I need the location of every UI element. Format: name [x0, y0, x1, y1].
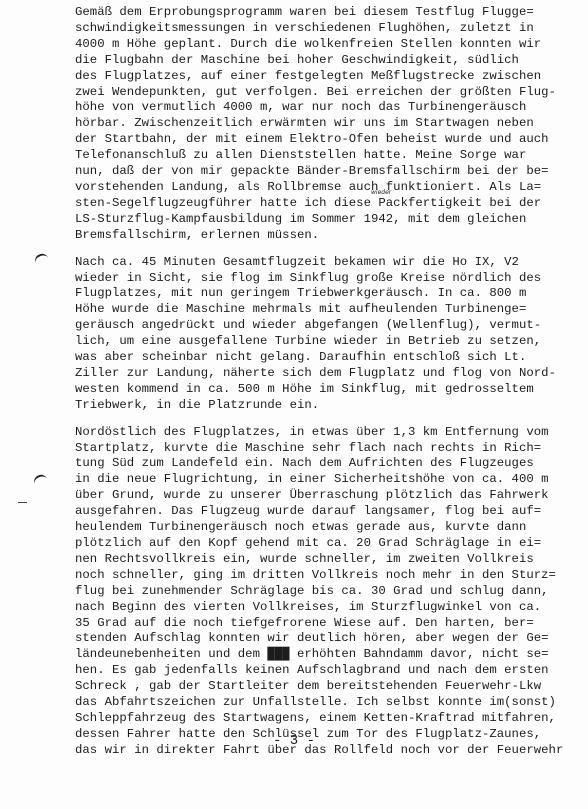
margin-check-mark	[32, 473, 48, 485]
text-line: des Flugplatzes, auf einer festgelegten …	[75, 69, 585, 85]
text-line: vorstehenden Landung, als Rollbremse auc…	[75, 180, 585, 196]
text-line: die Flugbahn der Maschine bei hoher Gesc…	[75, 53, 585, 69]
text-line: Nordöstlich des Flugplatzes, in etwas üb…	[75, 425, 585, 441]
text-line: nach Beginn des vierten Vollkreises, im …	[75, 600, 585, 616]
paragraph-2: Nach ca. 45 Minuten Gesamtflugzeit bekam…	[75, 255, 585, 414]
text-line: tung Süd zum Landefeld ein. Nach dem Auf…	[75, 456, 585, 472]
margin-dash-mark	[18, 502, 27, 503]
text-line: Flugplatzes, mit nun geringem Triebwerkg…	[75, 286, 585, 302]
text-line: Gemäß dem Erprobungsprogramm waren bei d…	[75, 5, 585, 21]
text-line: wieder in Sicht, sie flog im Sinkflug gr…	[75, 271, 585, 287]
text-line: Telefonanschluß zu allen Dienststellen h…	[75, 148, 585, 164]
text-line: hörbar. Zwischenzeitlich erwärmten wir u…	[75, 116, 585, 132]
text-line: der Startbahn, der mit einem Elektro-Ofe…	[75, 132, 585, 148]
text-line: ländeunebenheiten und dem ███ erhöhten B…	[75, 647, 585, 663]
text-line: noch schneller, ging im dritten Vollkrei…	[75, 568, 585, 584]
paragraph-3: Nordöstlich des Flugplatzes, in etwas üb…	[75, 425, 585, 759]
text-line: nun, daß der von mir gepackte Bänder-Bre…	[75, 164, 585, 180]
text-line: Nach ca. 45 Minuten Gesamtflugzeit bekam…	[75, 255, 585, 271]
text-line: stenden Aufschlag konnten wir deutlich h…	[75, 631, 585, 647]
text-line: 4000 m Höhe geplant. Durch die wolkenfre…	[75, 37, 585, 53]
text-line: Ziller zur Landung, näherte sich dem Flu…	[75, 366, 585, 382]
text-line: plötzlich auf den Kopf gehend mit ca. 20…	[75, 536, 585, 552]
text-line: Schleppfahrzeug des Startwagens, einem K…	[75, 711, 585, 727]
text-line: Startplatz, kurvte die Maschine sehr fla…	[75, 441, 585, 457]
text-line: zwei Wendepunkten, gut verfolgen. Bei er…	[75, 85, 585, 101]
text-line: nen Rechtsvollkreis ein, wurde schneller…	[75, 552, 585, 568]
text-line: über Grund, wurde zu unserer Überraschun…	[75, 488, 585, 504]
document-page: wieder Gemäß dem Erprobungsprogramm ware…	[0, 0, 588, 809]
text-line: ausgefahren. Das Flugzeug wurde darauf l…	[75, 504, 585, 520]
text-line: was aber scheinbar nicht gelang. Daraufh…	[75, 350, 585, 366]
text-line: das Abfahrtszeichen zur Unfallstelle. Ic…	[75, 695, 585, 711]
text-line: 35 Grad auf die noch tiefgefrorene Wiese…	[75, 616, 585, 632]
text-line: höhe von vermutlich 4000 m, war nur noch…	[75, 100, 585, 116]
text-line: schwindigkeitsmessungen in verschiedenen…	[75, 21, 585, 37]
text-line: in die neue Flugrichtung, in einer Siche…	[75, 472, 585, 488]
text-line: Schreck , gab der Startleiter dem bereit…	[75, 679, 585, 695]
text-line: westen kommend in ca. 500 m Höhe im Sink…	[75, 382, 585, 398]
text-line: Bremsfallschirm, erlernen müssen.	[75, 228, 585, 244]
text-line: sten-Segelflugzeugführer hatte ich diese…	[75, 196, 585, 212]
paragraph-1: Gemäß dem Erprobungsprogramm waren bei d…	[75, 5, 585, 244]
typewritten-text: Gemäß dem Erprobungsprogramm waren bei d…	[75, 5, 585, 770]
text-line: Höhe wurde die Maschine mehrmals mit auf…	[75, 302, 585, 318]
margin-check-mark	[33, 252, 49, 264]
text-line: hen. Es gab jedenfalls keinen Aufschlagb…	[75, 663, 585, 679]
text-line: heulendem Turbinengeräusch noch etwas ge…	[75, 520, 585, 536]
text-line: geräusch angedrückt und wieder abgefange…	[75, 318, 585, 334]
text-line: Triebwerk, in die Platzrunde ein.	[75, 398, 585, 414]
text-line: lich, um eine ausgefallene Turbine wiede…	[75, 334, 585, 350]
text-line: flug bei zunehmender Schräglage bis ca. …	[75, 584, 585, 600]
page-number: - 3 -	[0, 733, 588, 749]
text-line: LS-Sturzflug-Kampfausbildung im Sommer 1…	[75, 212, 585, 228]
